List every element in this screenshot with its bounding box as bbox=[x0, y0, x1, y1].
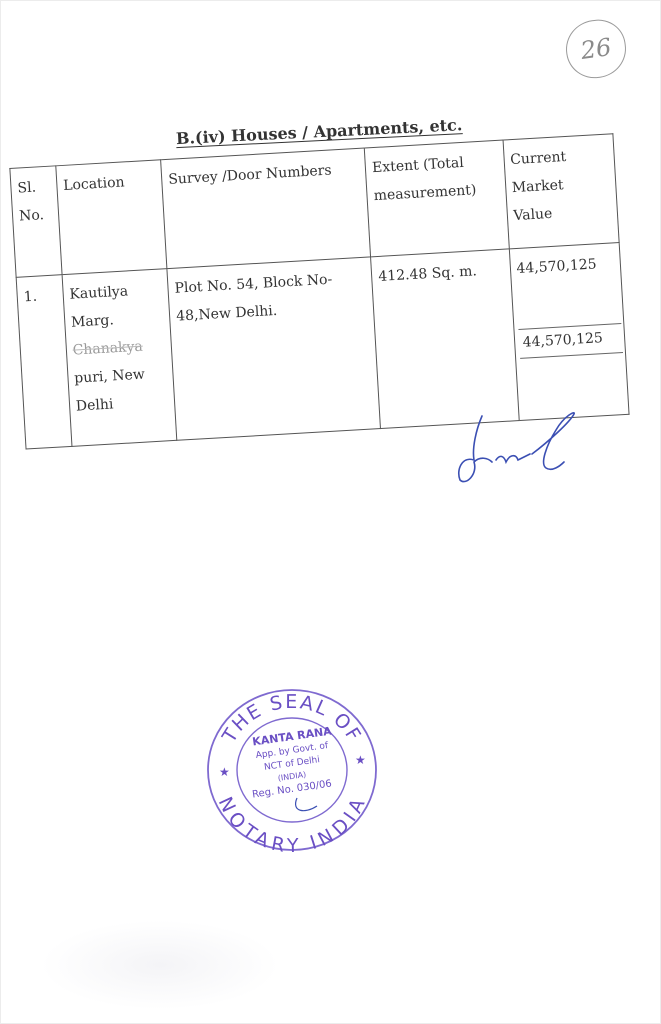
header-survey: Survey /Door Numbers bbox=[161, 148, 371, 269]
location-line-faded: Chanakya bbox=[72, 339, 143, 359]
header-market-value: Current Market Value bbox=[503, 134, 620, 249]
cell-market-value: 44,570,125 44,570,125 bbox=[509, 243, 629, 421]
header-extent: Extent (Total measurement) bbox=[364, 140, 508, 257]
cell-extent: 412.48 Sq. m. bbox=[371, 249, 519, 429]
location-line: Delhi bbox=[75, 396, 113, 414]
location-line: puri, New bbox=[74, 367, 145, 387]
location-line: Kautilya bbox=[69, 283, 128, 302]
header-value-line1: Current bbox=[510, 149, 567, 168]
scan-smudge bbox=[40, 920, 280, 1010]
header-sl-line: Sl. bbox=[17, 180, 36, 197]
location-line: Marg. bbox=[71, 312, 115, 330]
notary-seal: THE SEAL OF NOTARY INDIA ★ ★ KANTA RANA … bbox=[205, 686, 379, 854]
header-value-line3: Value bbox=[513, 206, 553, 224]
page-number-mark: 26 bbox=[562, 16, 629, 82]
header-extent-line2: measurement) bbox=[373, 182, 477, 204]
cell-location: Kautilya Marg. Chanakya puri, New Delhi bbox=[62, 269, 177, 447]
header-location: Location bbox=[56, 160, 167, 275]
header-sl-no: Sl. No. bbox=[10, 166, 62, 277]
signature-icon bbox=[452, 408, 582, 488]
row-value: 44,570,125 bbox=[516, 249, 615, 283]
total-value: 44,570,125 bbox=[518, 323, 623, 359]
section-title: B.(iv) Houses / Apartments, etc. bbox=[175, 115, 462, 148]
survey-line: 48,New Delhi. bbox=[176, 303, 278, 325]
header-value-line2: Market bbox=[511, 177, 564, 196]
header-extent-line1: Extent (Total bbox=[372, 155, 464, 176]
cell-survey: Plot No. 54, Block No- 48,New Delhi. bbox=[167, 257, 381, 440]
houses-apartments-table: Sl. No. Location Survey /Door Numbers Ex… bbox=[9, 133, 629, 449]
survey-line: Plot No. 54, Block No- bbox=[174, 272, 332, 297]
header-no-line: No. bbox=[19, 207, 45, 224]
